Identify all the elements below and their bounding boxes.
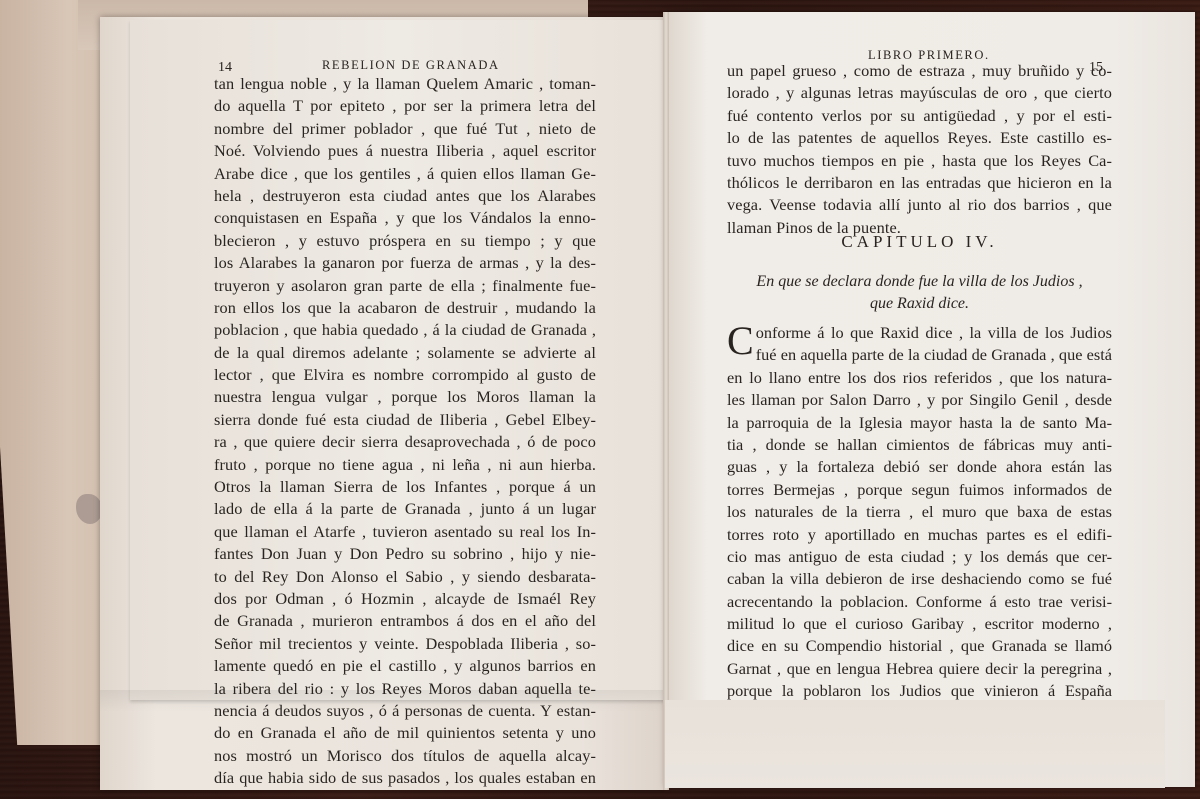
cover-stain — [76, 494, 102, 524]
text-line: fué en aquella parte de la ciudad de Gra… — [727, 344, 1112, 366]
text-line: thólicos le derribaron en las entradas q… — [727, 172, 1112, 194]
text-line: la ribera del rio : y los Reyes Moros da… — [214, 678, 596, 700]
text-line: día que habia sido de sus pasados , los … — [214, 767, 596, 789]
text-line: Otros la llaman Sierra de los Infantes ,… — [214, 476, 596, 498]
text-line: los naturales de la tierra , el muro que… — [727, 501, 1112, 523]
text-line: cio mas antiguo de esta ciudad ; y los d… — [727, 546, 1112, 568]
text-line: acrecentando la poblacion. Conforme á es… — [727, 591, 1112, 613]
text-line: lado de ella á la parte de Granada , jun… — [214, 498, 596, 520]
text-line: conquistasen en España , y que los Vánda… — [214, 207, 596, 229]
text-line: nos mostró un Morisco dos títulos de aqu… — [214, 745, 596, 767]
text-line: Señor mil trecientos y veinte. Despoblad… — [214, 633, 596, 655]
text-line: que llaman el Atarfe , tuvieron asentado… — [214, 521, 596, 543]
left-running-head: REBELION DE GRANADA — [322, 58, 500, 73]
text-line: los Alarabes la ganaron por fuerza de ar… — [214, 252, 596, 274]
text-line: caban la villa debieron de irse deshacie… — [727, 568, 1112, 590]
text-line: do aquella T por epiteto , por ser la pr… — [214, 95, 596, 117]
text-line: lo de las patentes de aquellos Reyes. Es… — [727, 127, 1112, 149]
text-line: en lo llano entre los dos rios referidos… — [727, 367, 1112, 389]
text-line: Noé. Volviendo pues á nuestra Iliberia ,… — [214, 140, 596, 162]
text-line: lamente quedó en pie el castillo , y alg… — [214, 655, 596, 677]
text-line: blecieron , y estuvo próspera en su tiem… — [214, 230, 596, 252]
chapter-subtitle: En que se declara donde fue la villa de … — [727, 271, 1112, 315]
text-line: militud lo que el curioso Garibay , escr… — [727, 613, 1112, 635]
text-line: les llaman por Salon Darro , y por Singi… — [727, 389, 1112, 411]
text-line: dice en su Compendio historial , que Gra… — [727, 635, 1112, 657]
text-line: tan lengua noble , y la llaman Quelem Am… — [214, 73, 596, 95]
text-line: un papel grueso , como de estraza , muy … — [727, 60, 1112, 82]
text-line: torres Bermejas , porque segun fuimos in… — [727, 479, 1112, 501]
text-line: fruto , porque no tiene agua , ni leña ,… — [214, 454, 596, 476]
chapter-title: CAPITULO IV. — [727, 232, 1112, 252]
text-line: la parroquia de la Iglesia mayor hasta l… — [727, 412, 1112, 434]
text-line: lorado , y algunas letras mayúsculas de … — [727, 82, 1112, 104]
text-line: ra , que quiere decir sierra desaprovech… — [214, 431, 596, 453]
text-line: lector , que Elvira es nombre corrompido… — [214, 364, 596, 386]
text-line: sierra donde fué esta ciudad de Iliberia… — [214, 409, 596, 431]
chapter-subtitle-line: En que se declara donde fue la villa de … — [727, 271, 1112, 293]
right-page-torn-lower-leaf — [665, 700, 1165, 788]
text-line: to del Rey Don Alonso el Sabio , y siend… — [214, 566, 596, 588]
text-line: tia , donde se hallan cimientos de fábri… — [727, 434, 1112, 456]
text-line: truyeron y asolaron gran parte de ella ;… — [214, 275, 596, 297]
text-line: ron ellos los que la acabaron de destrui… — [214, 297, 596, 319]
text-line: poblacion , que habia quedado , á la ciu… — [214, 319, 596, 341]
left-page-body: tan lengua noble , y la llaman Quelem Am… — [214, 73, 596, 790]
text-line: nuestra lengua vulgar , porque los Moros… — [214, 386, 596, 408]
text-line: torres roto y aportillado en muchas part… — [727, 524, 1112, 546]
text-line: de Granada , murieron entrambos á dos en… — [214, 610, 596, 632]
text-line: do en Granada el año de mil quinientos s… — [214, 722, 596, 744]
text-line: vega. Veense todavia allí junto al rio d… — [727, 194, 1112, 216]
chapter-subtitle-line: que Raxid dice. — [727, 293, 1112, 315]
text-line: fantes Don Juan y Don Pedro su sobrino ,… — [214, 543, 596, 565]
text-line: Arabe dice , que los gentiles , á quien … — [214, 163, 596, 185]
text-line: nombre del primer poblador , que fué Tut… — [214, 118, 596, 140]
drop-cap: C — [727, 324, 754, 358]
text-line: de la qual diremos adelante ; solamente … — [214, 342, 596, 364]
text-line: onforme á lo que Raxid dice , la villa d… — [727, 322, 1112, 344]
chapter-body: C onforme á lo que Raxid dice , la villa… — [727, 322, 1112, 747]
text-line: nencia á deudos suyos , ó á personas de … — [214, 700, 596, 722]
text-line: dos por Odman , ó Hozmin , alcayde de Is… — [214, 588, 596, 610]
text-line: tuvo muchos tiempos en pie , hasta que l… — [727, 150, 1112, 172]
text-line: Garnat , que en lengua Hebrea quiere dec… — [727, 658, 1112, 680]
right-page-continuation: un papel grueso , como de estraza , muy … — [727, 60, 1112, 239]
book-gutter — [663, 12, 669, 790]
text-line: hela , destruyeron esta ciudad antes que… — [214, 185, 596, 207]
text-line: fué contento verlos por su antigüedad , … — [727, 105, 1112, 127]
text-line: guas , y la fortaleza debió ser donde ah… — [727, 456, 1112, 478]
